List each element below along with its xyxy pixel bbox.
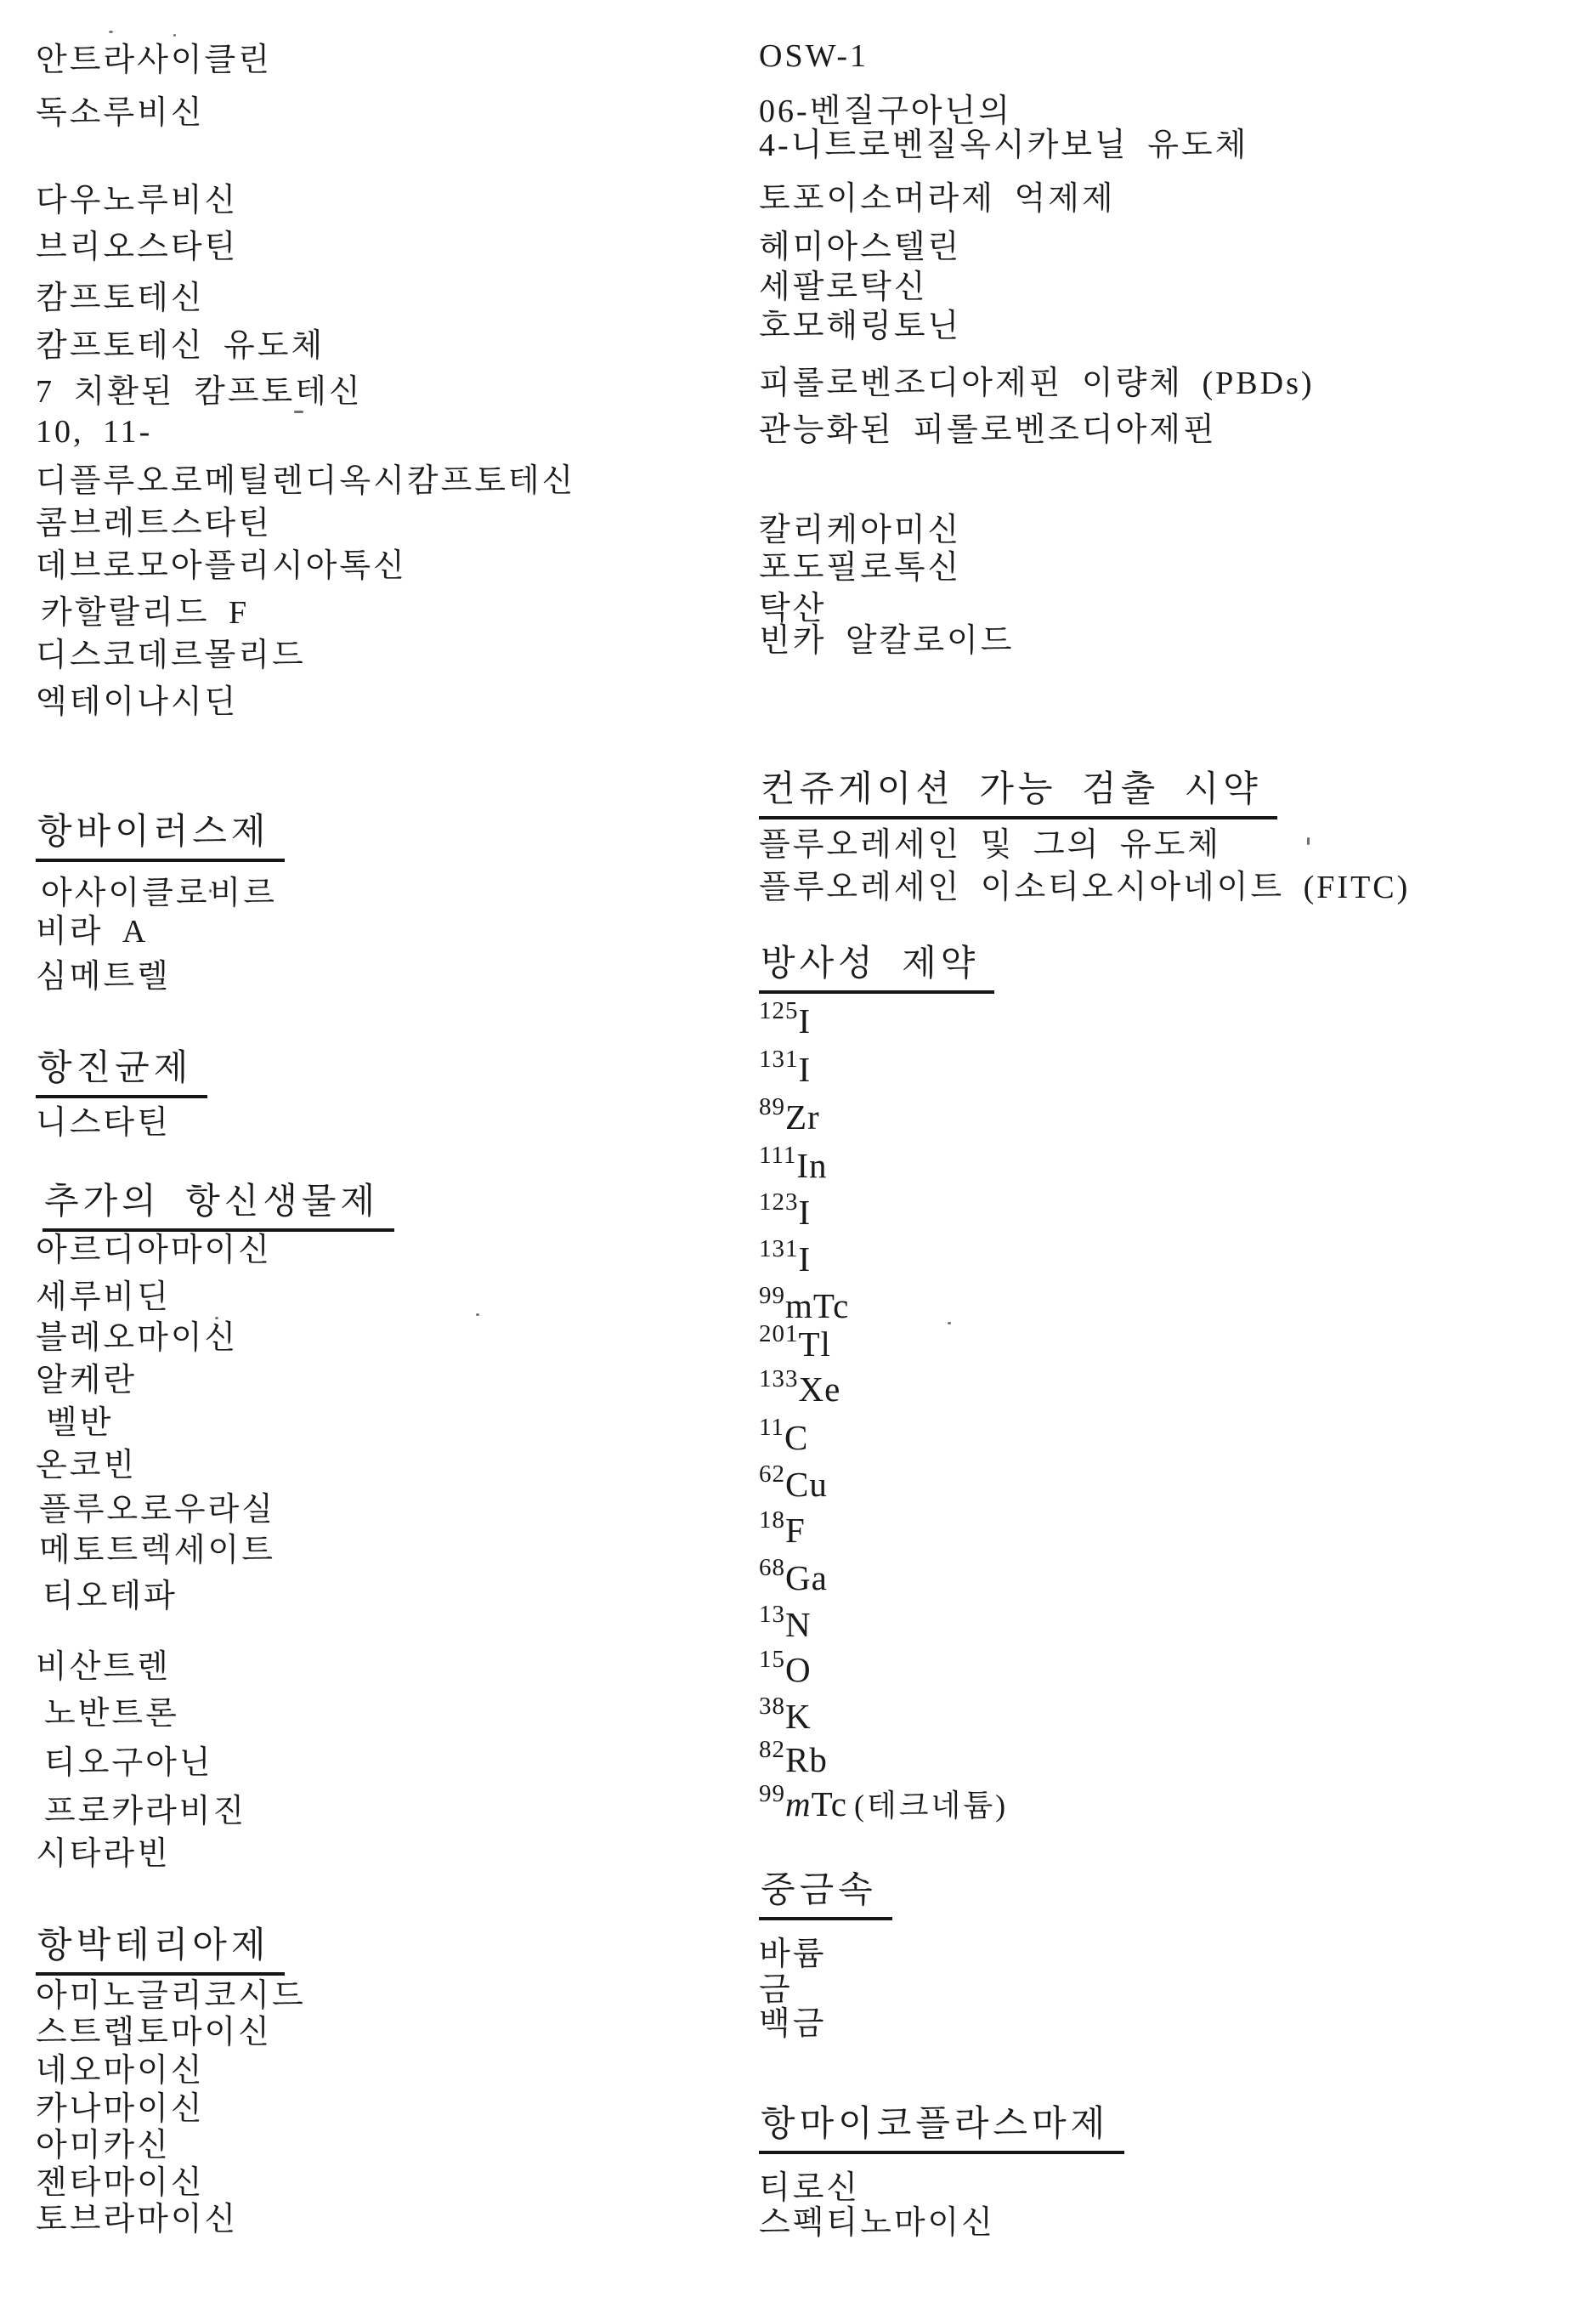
isotope-symbol: F — [785, 1511, 806, 1550]
scan-speck — [209, 889, 212, 893]
isotope-item: 15O — [759, 1646, 812, 1690]
isotope-item: 131I — [759, 1235, 811, 1279]
scan-speck — [294, 411, 303, 413]
isotope-symbol: K — [785, 1697, 812, 1736]
isotope-mass-number: 131 — [759, 1235, 799, 1262]
list-item: 플루오레세인 및 그의 유도체 — [759, 827, 1221, 864]
document-page: 안트라사이클린독소루비신다우노루비신브리오스타틴캄프토테신캄프토테신 유도체7 … — [0, 0, 1596, 2308]
isotope-mass-number: 125 — [759, 997, 799, 1024]
scan-speck — [109, 31, 113, 33]
isotope-symbol: I — [799, 1239, 812, 1279]
isotope-symbol: In — [796, 1146, 827, 1185]
isotope-mass-number: 38 — [759, 1693, 785, 1720]
isotope-mass-number: 201 — [759, 1320, 799, 1347]
isotope-mass-number: 13 — [759, 1601, 785, 1628]
isotope-item: 18F — [759, 1506, 806, 1551]
isotope-item: 11C — [759, 1414, 808, 1458]
scan-speck — [173, 34, 176, 37]
list-item: 피롤로벤조디아제핀 이량체 (PBDs) — [759, 366, 1315, 402]
list-item: 탁산 — [759, 591, 826, 627]
isotope-item: 125I — [759, 997, 811, 1041]
isotope-symbol: O — [785, 1650, 812, 1689]
isotope-item: 111In — [759, 1142, 828, 1186]
list-item: 헤미아스텔린 — [759, 230, 961, 266]
isotope-symbol: Tl — [799, 1324, 831, 1364]
right-column: OSW-106-벤질구아닌의4-니트로벤질옥시카보닐 유도체토포이소머라제 억제… — [0, 0, 1596, 2308]
list-item: OSW-1 — [759, 38, 869, 75]
isotope-mass-number: 68 — [759, 1554, 785, 1581]
section-heading: 중금속 — [759, 1862, 892, 1920]
isotope-mass-number: 133 — [759, 1365, 799, 1392]
isotope-item: 89Zr — [759, 1093, 820, 1137]
isotope-symbol: I — [799, 1001, 812, 1041]
scan-speck — [948, 1322, 951, 1324]
isotope-symbol: Ga — [785, 1558, 828, 1597]
isotope-mass-number: 15 — [759, 1646, 785, 1673]
scan-speck — [884, 434, 887, 436]
list-item: 빈카 알칼로이드 — [759, 623, 1014, 660]
isotope-mass-number: 123 — [759, 1188, 799, 1216]
isotope-item: 131I — [759, 1046, 811, 1090]
section-heading-text: 항마이코플라스마제 — [759, 2095, 1124, 2154]
isotope-mass-number: 99 — [759, 1282, 785, 1309]
isotope-mass-number: 62 — [759, 1460, 785, 1488]
list-item: 스펙티노마이신 — [759, 2205, 995, 2242]
isotope-item: 99mTc(테크네튬) — [759, 1780, 1008, 1824]
isotope-item: 38K — [759, 1693, 812, 1737]
list-item: 토포이소머라제 억제제 — [759, 181, 1116, 218]
isotope-name-korean: (테크네튬) — [854, 1789, 1008, 1823]
isotope-symbol: I — [799, 1050, 812, 1089]
list-item: 포도필로톡신 — [759, 550, 961, 587]
section-heading: 항마이코플라스마제 — [759, 2095, 1124, 2154]
isotope-mass-number: 111 — [759, 1142, 796, 1169]
section-heading: 컨쥬게이션 가능 검출 시약 — [759, 761, 1277, 819]
list-item: 플루오레세인 이소티오시아네이트 (FITC) — [759, 870, 1410, 906]
isotope-symbol-m: m — [785, 1784, 812, 1823]
isotope-item: 13N — [759, 1601, 812, 1645]
isotope-mass-number: 131 — [759, 1046, 799, 1073]
list-item: 백금 — [759, 2006, 826, 2043]
section-heading-text: 방사성 제약 — [759, 935, 994, 994]
list-item: 세팔로탁신 — [759, 269, 928, 306]
section-heading-text: 중금속 — [759, 1862, 892, 1920]
isotope-symbol: C — [784, 1418, 808, 1457]
list-item: 관능화된 피롤로벤조디아제핀 — [759, 412, 1217, 449]
isotope-mass-number: 11 — [759, 1414, 784, 1441]
isotope-symbol: Rb — [785, 1740, 828, 1779]
isotope-symbol: N — [785, 1605, 812, 1644]
scan-speck — [476, 1313, 479, 1316]
list-item: 호모해링토닌 — [759, 309, 961, 345]
list-item: 티로신 — [759, 2170, 860, 2207]
isotope-symbol: Xe — [799, 1369, 841, 1409]
list-item: 금 — [759, 1972, 793, 2009]
isotope-symbol: Tc — [812, 1784, 847, 1823]
isotope-mass-number: 99 — [759, 1780, 785, 1807]
isotope-mass-number: 82 — [759, 1736, 785, 1763]
list-item: 칼리케아미신 — [759, 513, 961, 549]
scan-speck — [1307, 837, 1310, 845]
isotope-item: 201Tl — [759, 1320, 831, 1364]
scan-speck — [215, 1317, 218, 1319]
isotope-item: 123I — [759, 1188, 811, 1233]
isotope-mass-number: 89 — [759, 1093, 785, 1120]
list-item: 4-니트로벤질옥시카보닐 유도체 — [759, 128, 1248, 164]
isotope-item: 82Rb — [759, 1736, 828, 1780]
isotope-symbol: I — [799, 1193, 812, 1232]
isotope-symbol: Zr — [785, 1097, 820, 1137]
list-item: 바륨 — [759, 1937, 826, 1973]
isotope-item: 68Ga — [759, 1554, 828, 1598]
section-heading: 방사성 제약 — [759, 935, 994, 994]
section-heading-text: 컨쥬게이션 가능 검출 시약 — [759, 761, 1277, 819]
isotope-item: 62Cu — [759, 1460, 828, 1505]
isotope-symbol: Cu — [785, 1465, 828, 1504]
list-item: 06-벤질구아닌의 — [759, 94, 1012, 130]
isotope-item: 133Xe — [759, 1365, 840, 1409]
isotope-mass-number: 18 — [759, 1506, 785, 1534]
